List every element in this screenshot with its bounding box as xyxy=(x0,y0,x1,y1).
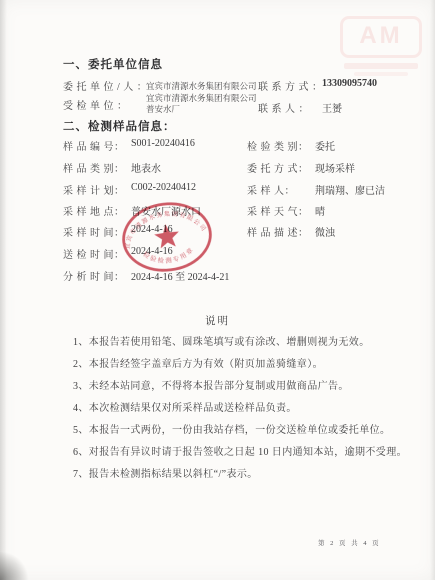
page-number: 第 2 页 共 4 页 xyxy=(318,538,381,547)
field-value-sampler: 荆瑞翔、廖已洁 xyxy=(315,182,385,197)
scan-corner-shadow xyxy=(0,552,30,580)
note-item-4: 4、本次检测结果仅对所采样品或送检样品负责。 xyxy=(63,398,407,420)
section1-title: 一、委托单位信息 xyxy=(63,56,163,72)
client-value: 宜宾市清源水务集团有限公司 xyxy=(146,80,257,92)
field-label-sample-cat: 样 品 类 别： xyxy=(63,160,125,175)
field-value-sample-cat: 地表水 xyxy=(131,160,161,175)
section2-title: 二、检测样品信息： xyxy=(63,118,176,134)
contact-method-label: 联 系 方 式 ： xyxy=(258,78,323,93)
field-value-description: 微浊 xyxy=(315,224,335,239)
field-label-weather: 采 样 天 气： xyxy=(247,203,309,218)
field-label-sample-no: 样 品 编 号： xyxy=(63,138,125,153)
field-value-plan: C002-20240412 xyxy=(131,182,196,193)
watermark: AM xyxy=(340,16,422,76)
inspected-unit-label: 受 检 单 位 ： xyxy=(63,97,128,112)
stamp-star-icon xyxy=(153,223,180,249)
field-label-sampler: 采 样 人： xyxy=(247,182,295,197)
scan-edge-left xyxy=(0,0,7,580)
watermark-subtext-bar xyxy=(344,63,418,69)
note-item-1: 1、本报告若使用铅笔、圆珠笔填写或有涂改、增删则视为无效。 xyxy=(63,332,407,354)
contact-method-value: 13309095740 xyxy=(322,78,377,89)
field-value-weather: 晴 xyxy=(315,203,325,218)
note-item-2: 2、本报告经签字盖章后方为有效（附页加盖骑缝章）。 xyxy=(63,354,407,376)
inspected-unit-line2: 普安水厂 xyxy=(146,104,257,115)
field-label-analysis-time: 分 析 时 间： xyxy=(63,268,125,283)
field-value-commission: 现场采样 xyxy=(315,160,355,175)
field-value-test-type: 委托 xyxy=(315,138,335,153)
note-item-6: 6、对报告有异议时请于报告签收之日起 10 日内通知本站，逾期不受理。 xyxy=(63,442,407,464)
field-label-submit-time: 送 检 时 间： xyxy=(63,246,125,261)
notes-title: 说明 xyxy=(0,313,435,328)
scanned-report-page: AM 一、委托单位信息 委 托 单 位 / 人 ： 宜宾市清源水务集团有限公司 … xyxy=(0,0,435,580)
watermark-subtext-bar2 xyxy=(354,72,408,76)
watermark-am-text: AM xyxy=(340,16,422,58)
field-label-description: 样 品 描 述： xyxy=(247,224,309,239)
field-label-sample-time: 采 样 时 间： xyxy=(63,224,125,239)
note-item-3: 3、未经本站同意，不得将本报告部分复制或用做商品广告。 xyxy=(63,376,407,398)
notes-list: 1、本报告若使用铅笔、圆珠笔填写或有涂改、增删则视为无效。 2、本报告经签字盖章… xyxy=(63,332,407,486)
field-label-commission: 委 托 方 式： xyxy=(247,160,309,175)
contact-person-value: 王赟 xyxy=(322,100,342,115)
field-label-plan: 采 样 计 划： xyxy=(63,182,125,197)
field-label-location: 采 样 地 点： xyxy=(63,203,125,218)
note-item-5: 5、本报告一式两份，一份由我站存档，一份交送检单位或委托单位。 xyxy=(63,420,407,442)
scan-edge-right xyxy=(430,0,435,580)
inspected-unit-line1: 宜宾市清源水务集团有限公司 xyxy=(146,93,257,104)
client-label: 委 托 单 位 / 人 ： xyxy=(63,78,147,93)
field-value-sample-no: S001-20240416 xyxy=(131,138,195,149)
official-stamp: 宜宾市清源水务集团有限公司 检验检测专用章 xyxy=(116,196,218,279)
note-item-7: 7、报告未检测指标结果以斜杠“/”表示。 xyxy=(63,464,407,486)
contact-person-label: 联 系 人 ： xyxy=(258,100,309,115)
field-label-test-type: 检 验 类 别： xyxy=(247,138,309,153)
